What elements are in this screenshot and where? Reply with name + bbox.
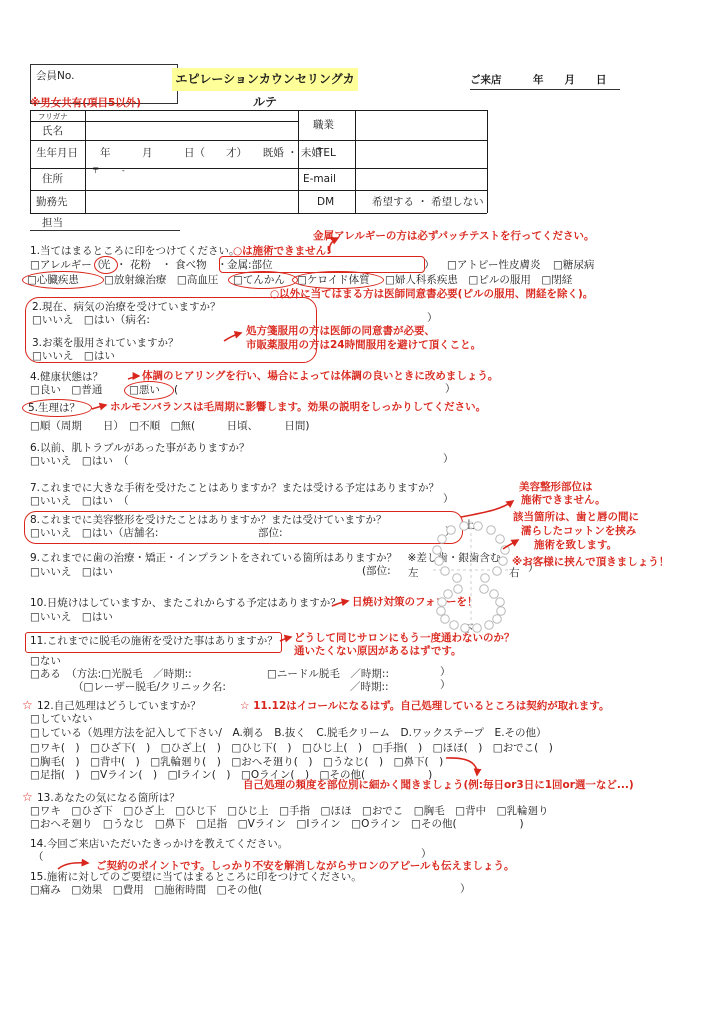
furigana-label: フリガナ (38, 112, 68, 121)
q12-title: 12.自己処理はどうしていますか？ (37, 700, 201, 713)
q10-title: 10.日焼けはしていますか、またこれからする予定はありますか？ (30, 597, 341, 610)
q13-title: 13.あなたの気になる箇所は？ (37, 792, 180, 805)
q3-note1: 処方箋服用の方は医師の同意書が必要、 (246, 325, 435, 338)
q8-title: 8.これまでに美容整形を受けたことはありますか？または受けていますか？ (30, 514, 387, 527)
q13-parts-row1-checkboxes: □ワキ □ひざ下 □ひざ上 □ひじ下 □ひじ上 □手指 □ほほ □おでこ □胸毛… (30, 805, 549, 818)
gender-note: ※男女共有(項目5以外) (30, 97, 141, 110)
q14-title: 14.今回ご来店いただいたきっかけを教えてください。 (30, 838, 288, 851)
q4-note: 体調のヒアリングを行い、場合によっては体調の良いときに改めましょう。 (142, 370, 498, 383)
address-label: 住所 (42, 173, 63, 186)
birth-value: 年 月 日（ 才） 既婚 ・ 未婚 (100, 147, 322, 160)
q12-no-checkbox: □していない (30, 713, 92, 726)
q2-options: □いいえ □はい（病名: (32, 314, 150, 327)
q12-parts-row1-checkboxes: □ワキ( ) □ひざ下( ) □ひざ上( ) □ひじ下( ) □ひじ上( ) □… (30, 742, 553, 755)
q1-row2-checkboxes: □放射線治療 □高血圧 (104, 274, 218, 287)
light-red-circle (94, 256, 118, 274)
q12-yes-checkbox: □している（処理方法を記入して下さい/ A.剃る B.抜く C.脱毛クリーム D… (30, 727, 547, 740)
q13-star-icon: ☆ (22, 791, 33, 804)
keloid-red-circle (292, 271, 384, 289)
q6-options: □いいえ □はい （ (30, 455, 129, 468)
q7-note1: 美容整形部位は (519, 481, 593, 494)
q9-part-label: (部位: (362, 565, 391, 578)
q2-title: 2.現在、病気の治療を受けていますか？ (32, 301, 221, 314)
staff-underline (30, 230, 180, 231)
q5-note: ホルモンバランスは毛周期に影響します。効果の説明をしっかりしてください。 (110, 401, 486, 414)
q4-close-paren: ） (445, 383, 456, 396)
bad-red-circle (124, 381, 174, 400)
q8-close-paren: ） (445, 526, 456, 539)
q9-title: 9.これまでに歯の治療・矯正・インプラントをされている箇所はありますか？ ※差し… (30, 552, 500, 565)
q12-note: ☆ 11.12はイコールになるはず。自己処理しているところは契約が取れます。 (240, 700, 609, 713)
q11-laser-close-paren: ） (440, 679, 451, 692)
name-label: 氏名 (42, 125, 63, 138)
q1-diabetes-checkbox: □糖尿病 (553, 259, 594, 272)
q15-close-paren: ） (460, 883, 471, 896)
dm-label: DM (317, 196, 334, 209)
q11-have-checkbox: □ある （方法:□光脱毛 ／時期:: (30, 668, 192, 681)
tel-label: TEL (317, 147, 336, 160)
q9-note4: ※お客様に挟んで頂きましょう！ (512, 556, 669, 569)
q6-close-paren: ） (443, 453, 454, 466)
q1-atopy-checkbox: □アトピー性皮膚炎 (447, 259, 541, 272)
metal-part-red-box (219, 256, 425, 273)
q11-have-close-paren: ） (440, 666, 451, 679)
q11-needle-checkbox: □ニードル脱毛 ／時期:: (267, 668, 389, 681)
q10-options: □いいえ □はい (30, 611, 113, 624)
q11-laser-checkbox: （□レーザー脱毛/クリニック名: (73, 681, 226, 694)
q8-part-label: 部位: (258, 527, 283, 540)
q5-red-circle (22, 399, 92, 417)
q12-parts-row2-checkboxes: □胸毛( ) □背中( ) □乳輪廻り( ) □おへそ廻り( ) □うなじ( )… (30, 756, 443, 769)
email-label: E-mail (303, 173, 336, 186)
teeth-label-top: 上 (464, 519, 475, 532)
q9-note1: 該当箇所は、歯と唇の間に (513, 511, 639, 524)
q1-row2-end-checkboxes: □婦人科系疾患 □ピルの服用 □閉経 (385, 274, 572, 287)
q15-title: 15.施術に対してのご要望に当てはまるところに印をつけてください。 (30, 871, 362, 884)
q14-open-paren: （ (33, 851, 44, 864)
q13-parts-row2-checkboxes: □おへそ廻り □うなじ □鼻下 □足指 □Vライン □Iライン □Oライン □そ… (30, 818, 524, 831)
heart-red-circle (22, 271, 104, 289)
q7-options: □いいえ □はい （ (30, 495, 129, 508)
q9-note2: 濡らしたコットンを挟み (521, 525, 636, 538)
q11-note1: どうして同じサロンにもう一度通わないのか？ (294, 632, 515, 645)
teeth-label-left: 左 (408, 567, 419, 580)
q11-note2: 通いたくない原因があるはずです。 (294, 645, 461, 658)
q1-allergy-mid: ・ 花粉 ・ 食べ物 ・ (116, 259, 228, 272)
q1-patch-note: 金属アレルギーの方は必ずパッチテストを行ってください。 (313, 230, 595, 243)
q15-options-checkboxes: □痛み □効果 □費用 □施術時間 □その他( (30, 884, 262, 897)
q1-allergy-close: ） (424, 259, 435, 272)
q10-note: 日焼け対策のフォローを！ (352, 596, 477, 609)
q8-options: □いいえ □はい（店舗名: (30, 527, 158, 540)
q7-close-paren: ） (443, 493, 454, 506)
visit-date-line: ご来店 年 月 日 (470, 74, 620, 90)
q1-doctor-note: ○以外に当てはまる方は医師同意書必要(ピルの服用、閉経を除く)。 (270, 288, 593, 301)
workplace-label: 勤務先 (36, 196, 68, 209)
q3-note2: 市販薬服用の方は24時間服用を避けて頂くこと。 (246, 339, 481, 352)
q7-note2: 施術できません。 (521, 494, 606, 507)
address-value: 〒 - (92, 166, 125, 175)
q11-none-checkbox: □ない (30, 655, 61, 668)
q11-laser-period: ／時期:: (350, 681, 389, 694)
q9-options: □いいえ □はい (30, 566, 113, 579)
job-label: 職業 (313, 119, 334, 132)
q5-options: □順（周期 日） □不順 □無( 日頃、 日間) (30, 420, 309, 433)
staff-label: 担当 (42, 217, 63, 230)
q3-options: □いいえ □はい (32, 350, 115, 363)
q12-freq-note: 自己処理の頻度を部位別に細かく聞きましょう(例:毎日or3日に1回or週一など.… (243, 779, 634, 792)
q9-note3: 施術を致します。 (534, 539, 617, 552)
q4-title: 4.健康状態は？ (30, 371, 103, 384)
counseling-form-page: 会員No. エピレーションカウンセリングカルテ ご来店 年 月 日 ※男女共有(… (0, 0, 724, 1024)
form-title: エピレーションカウンセリングカルテ (172, 68, 358, 91)
q1-title: 1.当てはまるところに印をつけてください。 (30, 245, 240, 258)
epilepsy-red-circle (228, 271, 298, 289)
q11-title: 11.これまでに脱毛の施術を受けた事はありますか？ (30, 635, 278, 648)
q12-star-icon: ☆ (22, 699, 33, 712)
q6-title: 6.以前、肌トラブルがあった事がありますか？ (30, 442, 250, 455)
q2-close-paren: ） (427, 312, 438, 325)
member-no-label: 会員No. (36, 70, 74, 83)
dm-value: 希望する ・ 希望しない (372, 196, 484, 209)
q4-open-paren: ( (174, 384, 178, 397)
q3-title: 3.お薬を服用されていますか？ (32, 337, 179, 350)
q7-title: 7.これまでに大きな手術を受けたことはありますか？または受ける予定はありますか？ (30, 482, 439, 495)
q4-options: □良い □普通 (30, 384, 102, 397)
birth-label: 生年月日 (36, 147, 78, 160)
